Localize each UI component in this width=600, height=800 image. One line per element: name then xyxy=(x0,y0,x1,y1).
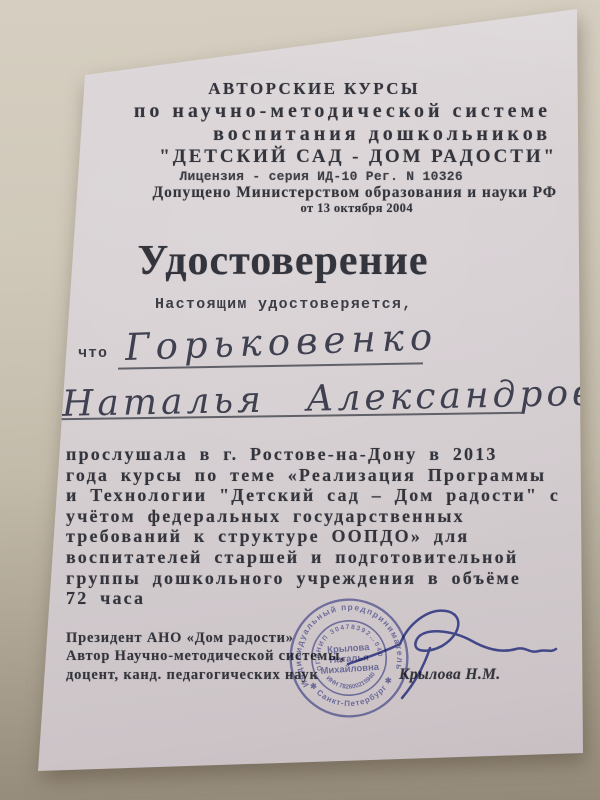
body-line: группы дошкольного учреждения в объёме xyxy=(66,568,566,589)
header-block: АВТОРСКИЕ КУРСЫ по научно-методической с… xyxy=(95,78,557,216)
handwritten-signature xyxy=(300,588,570,718)
body-paragraph: прослушала в г. Ростове-на-Дону в 2013 г… xyxy=(66,444,566,609)
body-line: и Технологии "Детский сад – Дом радости"… xyxy=(66,485,566,506)
header-license-line: Лицензия - серия ИД-10 Рег. N 10326 xyxy=(95,168,463,185)
body-line: прослушала в г. Ростове-на-Дону в 2013 xyxy=(66,444,566,465)
recipient-prefix: что xyxy=(78,345,108,362)
header-approval-date: от 13 октября 2004 xyxy=(95,201,413,216)
signature-main-stroke xyxy=(348,611,556,664)
certify-line: Настоящим удостоверяется, xyxy=(155,296,413,313)
header-line-preschool: воспитания дошкольников xyxy=(95,123,551,146)
header-approval-line: Допущено Министерством образования и нау… xyxy=(95,185,557,201)
header-line-system: по научно-методической системе xyxy=(95,99,551,123)
document-title: Удостоверение xyxy=(17,237,549,285)
paper-shadow: АВТОРСКИЕ КУРСЫ по научно-методической с… xyxy=(0,0,600,800)
signature-descender-stroke xyxy=(402,648,430,698)
body-line: воспитателей старшей и подготовительной xyxy=(66,547,566,568)
body-line: учётом федеральных государственных xyxy=(66,506,566,527)
body-line: года курсы по теме «Реализация Программы xyxy=(66,465,566,486)
header-line-program-name: "ДЕТСКИЙ САД - ДОМ РАДОСТИ" xyxy=(95,146,557,168)
body-line: требований к структуре ООПДО» для xyxy=(66,526,566,547)
recipient-surname-handwritten: Горьковенко xyxy=(124,316,415,369)
certificate-paper: АВТОРСКИЕ КУРСЫ по научно-методической с… xyxy=(0,0,600,800)
header-line-courses: АВТОРСКИЕ КУРСЫ xyxy=(95,78,420,99)
certificate-photo: АВТОРСКИЕ КУРСЫ по научно-методической с… xyxy=(0,0,600,800)
